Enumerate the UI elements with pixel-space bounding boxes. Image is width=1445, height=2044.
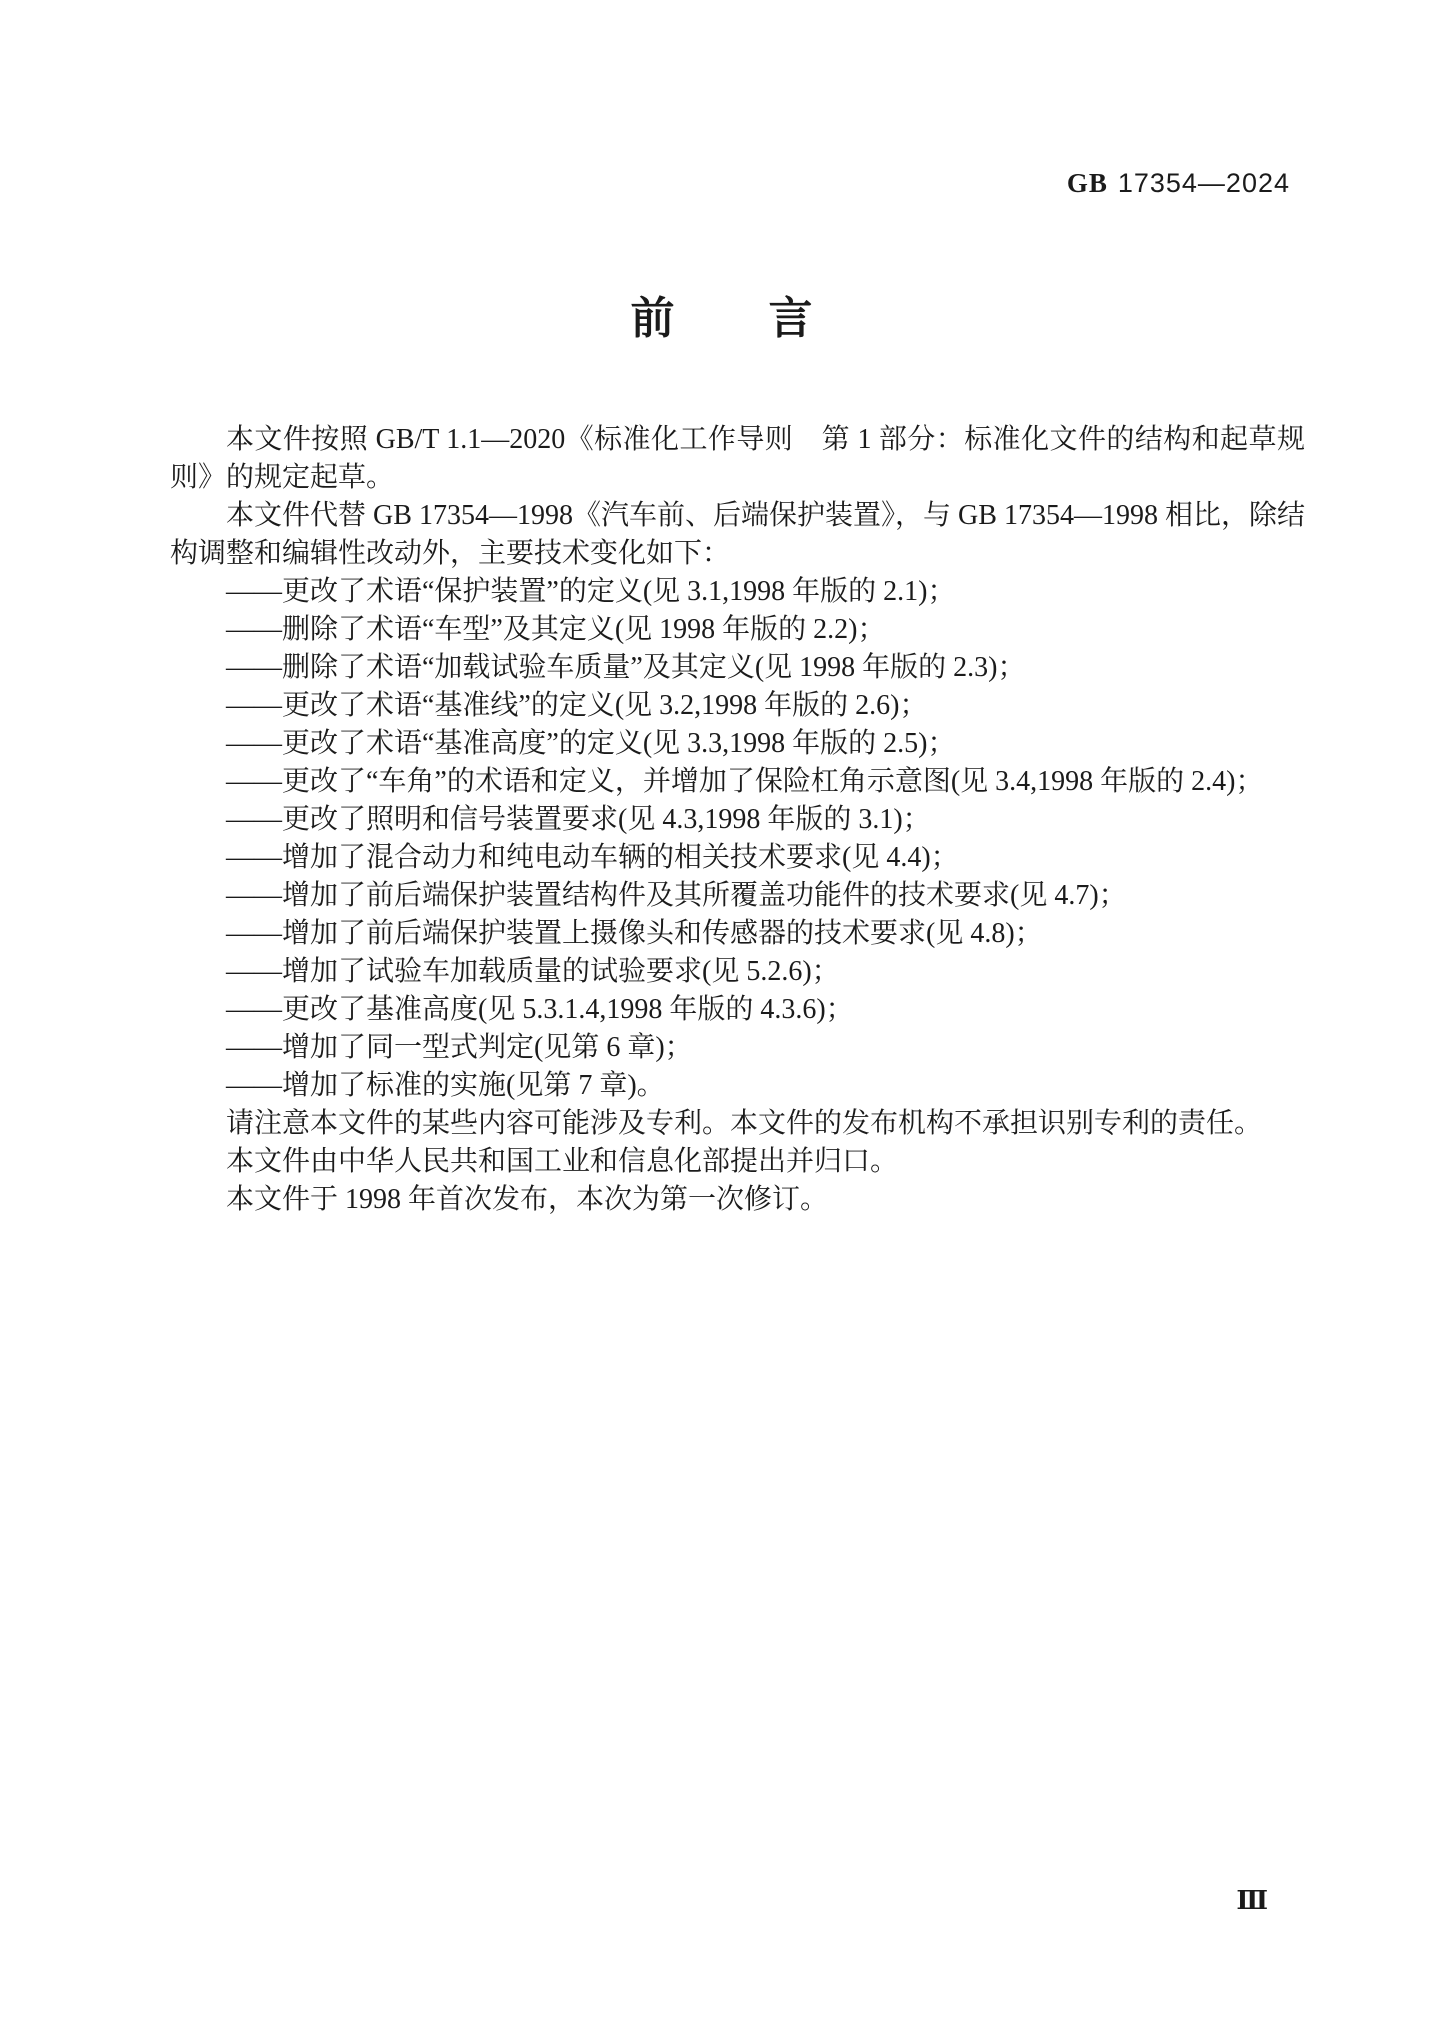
change-item: ——增加了标准的实施(见第 7 章)。 xyxy=(170,1067,1305,1105)
change-item: ——增加了同一型式判定(见第 6 章)； xyxy=(170,1029,1305,1067)
change-item: ——更改了术语“基准高度”的定义(见 3.3,1998 年版的 2.5)； xyxy=(170,725,1305,763)
change-item: ——更改了“车角”的术语和定义，并增加了保险杠角示意图(见 3.4,1998 年… xyxy=(170,763,1305,801)
standard-code-prefix: GB xyxy=(1067,168,1108,198)
technical-changes-list: ——更改了术语“保护装置”的定义(见 3.1,1998 年版的 2.1)； ——… xyxy=(170,573,1305,1105)
paragraph-issuing-body: 本文件由中华人民共和国工业和信息化部提出并归口。 xyxy=(170,1143,1305,1181)
standard-code: GB17354—2024 xyxy=(1067,168,1290,199)
document-body: 本文件按照 GB/T 1.1—2020《标准化工作导则 第 1 部分：标准化文件… xyxy=(170,421,1305,1219)
page-title: 前 言 xyxy=(0,282,1445,346)
page-number: Ⅲ xyxy=(1236,1886,1268,1916)
change-item: ——更改了术语“基准线”的定义(见 3.2,1998 年版的 2.6)； xyxy=(170,687,1305,725)
change-item: ——增加了前后端保护装置上摄像头和传感器的技术要求(见 4.8)； xyxy=(170,915,1305,953)
change-item: ——删除了术语“加载试验车质量”及其定义(见 1998 年版的 2.3)； xyxy=(170,649,1305,687)
change-item: ——更改了基准高度(见 5.3.1.4,1998 年版的 4.3.6)； xyxy=(170,991,1305,1029)
paragraph-drafting-basis: 本文件按照 GB/T 1.1—2020《标准化工作导则 第 1 部分：标准化文件… xyxy=(170,421,1305,497)
change-item: ——增加了混合动力和纯电动车辆的相关技术要求(见 4.4)； xyxy=(170,839,1305,877)
change-item: ——删除了术语“车型”及其定义(见 1998 年版的 2.2)； xyxy=(170,611,1305,649)
change-item: ——更改了照明和信号装置要求(见 4.3,1998 年版的 3.1)； xyxy=(170,801,1305,839)
paragraph-patent-notice: 请注意本文件的某些内容可能涉及专利。本文件的发布机构不承担识别专利的责任。 xyxy=(170,1105,1305,1143)
change-item: ——更改了术语“保护装置”的定义(见 3.1,1998 年版的 2.1)； xyxy=(170,573,1305,611)
paragraph-replacement-note: 本文件代替 GB 17354—1998《汽车前、后端保护装置》，与 GB 173… xyxy=(170,497,1305,573)
standard-document-page: GB17354—2024 前 言 本文件按照 GB/T 1.1—2020《标准化… xyxy=(0,0,1445,2044)
standard-code-number: 17354—2024 xyxy=(1118,168,1290,198)
change-item: ——增加了试验车加载质量的试验要求(见 5.2.6)； xyxy=(170,953,1305,991)
paragraph-revision-history: 本文件于 1998 年首次发布，本次为第一次修订。 xyxy=(170,1181,1305,1219)
change-item: ——增加了前后端保护装置结构件及其所覆盖功能件的技术要求(见 4.7)； xyxy=(170,877,1305,915)
